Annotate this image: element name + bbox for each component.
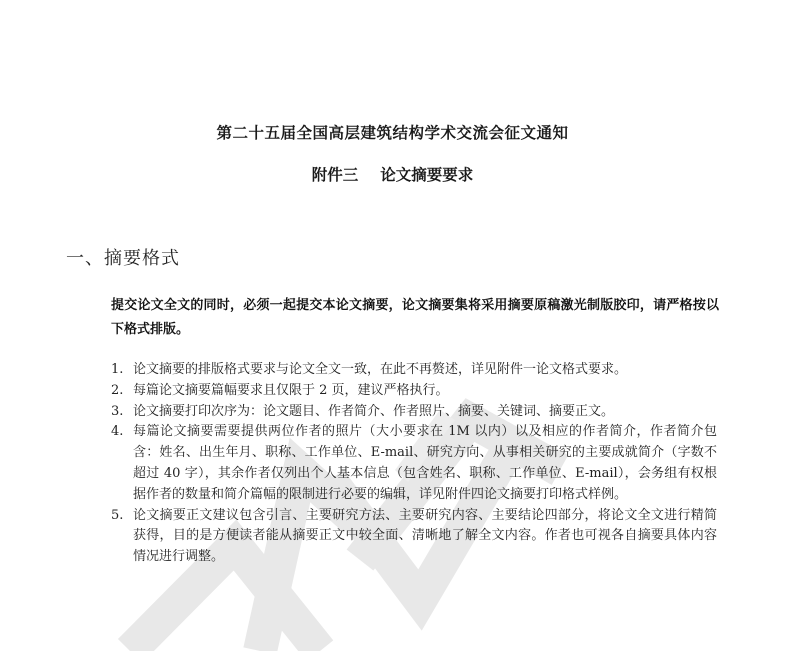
list-item: 2. 每篇论文摘要篇幅要求且仅限于 2 页，建议严格执行。 xyxy=(111,381,717,402)
intro-paragraph: 提交论文全文的同时，必须一起提交本论文摘要，论文摘要集将采用摘要原稿激光制版胶印… xyxy=(111,294,719,342)
list-item-text: 论文摘要打印次序为：论文题目、作者简介、作者照片、摘要、关键词、摘要正文。 xyxy=(133,404,614,419)
requirements-list: 1. 论文摘要的排版格式要求与论文全文一致，在此不再赘述，详见附件一论文格式要求… xyxy=(111,360,717,568)
list-item-text: 论文摘要正文建议包含引言、主要研究方法、主要研究内容、主要结论四部分，将论文全文… xyxy=(133,508,717,565)
list-item: 4. 每篇论文摘要需要提供两位作者的照片（大小要求在 1M 以内）以及相应的作者… xyxy=(111,422,717,505)
document-subtitle: 附件三论文摘要要求 xyxy=(0,163,785,185)
list-item-text: 每篇论文摘要需要提供两位作者的照片（大小要求在 1M 以内）以及相应的作者简介，… xyxy=(133,424,717,501)
section-heading: 一、摘要格式 xyxy=(66,244,180,270)
document-title: 第二十五届全国高层建筑结构学术交流会征文通知 xyxy=(0,121,785,143)
list-item-number: 3. xyxy=(111,402,131,423)
list-item-text: 每篇论文摘要篇幅要求且仅限于 2 页，建议严格执行。 xyxy=(133,383,449,398)
list-item-number: 4. xyxy=(111,422,131,443)
list-item: 3. 论文摘要打印次序为：论文题目、作者简介、作者照片、摘要、关键词、摘要正文。 xyxy=(111,402,717,423)
list-item: 5. 论文摘要正文建议包含引言、主要研究方法、主要研究内容、主要结论四部分，将论… xyxy=(111,506,717,568)
list-item-number: 5. xyxy=(111,506,131,527)
list-item-number: 1. xyxy=(111,360,131,381)
subtitle-attachment-label: 附件三 xyxy=(312,165,359,184)
list-item: 1. 论文摘要的排版格式要求与论文全文一致，在此不再赘述，详见附件一论文格式要求… xyxy=(111,360,717,381)
subtitle-topic: 论文摘要要求 xyxy=(380,165,473,184)
list-item-text: 论文摘要的排版格式要求与论文全文一致，在此不再赘述，详见附件一论文格式要求。 xyxy=(133,362,627,377)
list-item-number: 2. xyxy=(111,381,131,402)
document-page: 第二十五届全国高层建筑结构学术交流会征文通知 附件三论文摘要要求 一、摘要格式 … xyxy=(0,0,785,651)
